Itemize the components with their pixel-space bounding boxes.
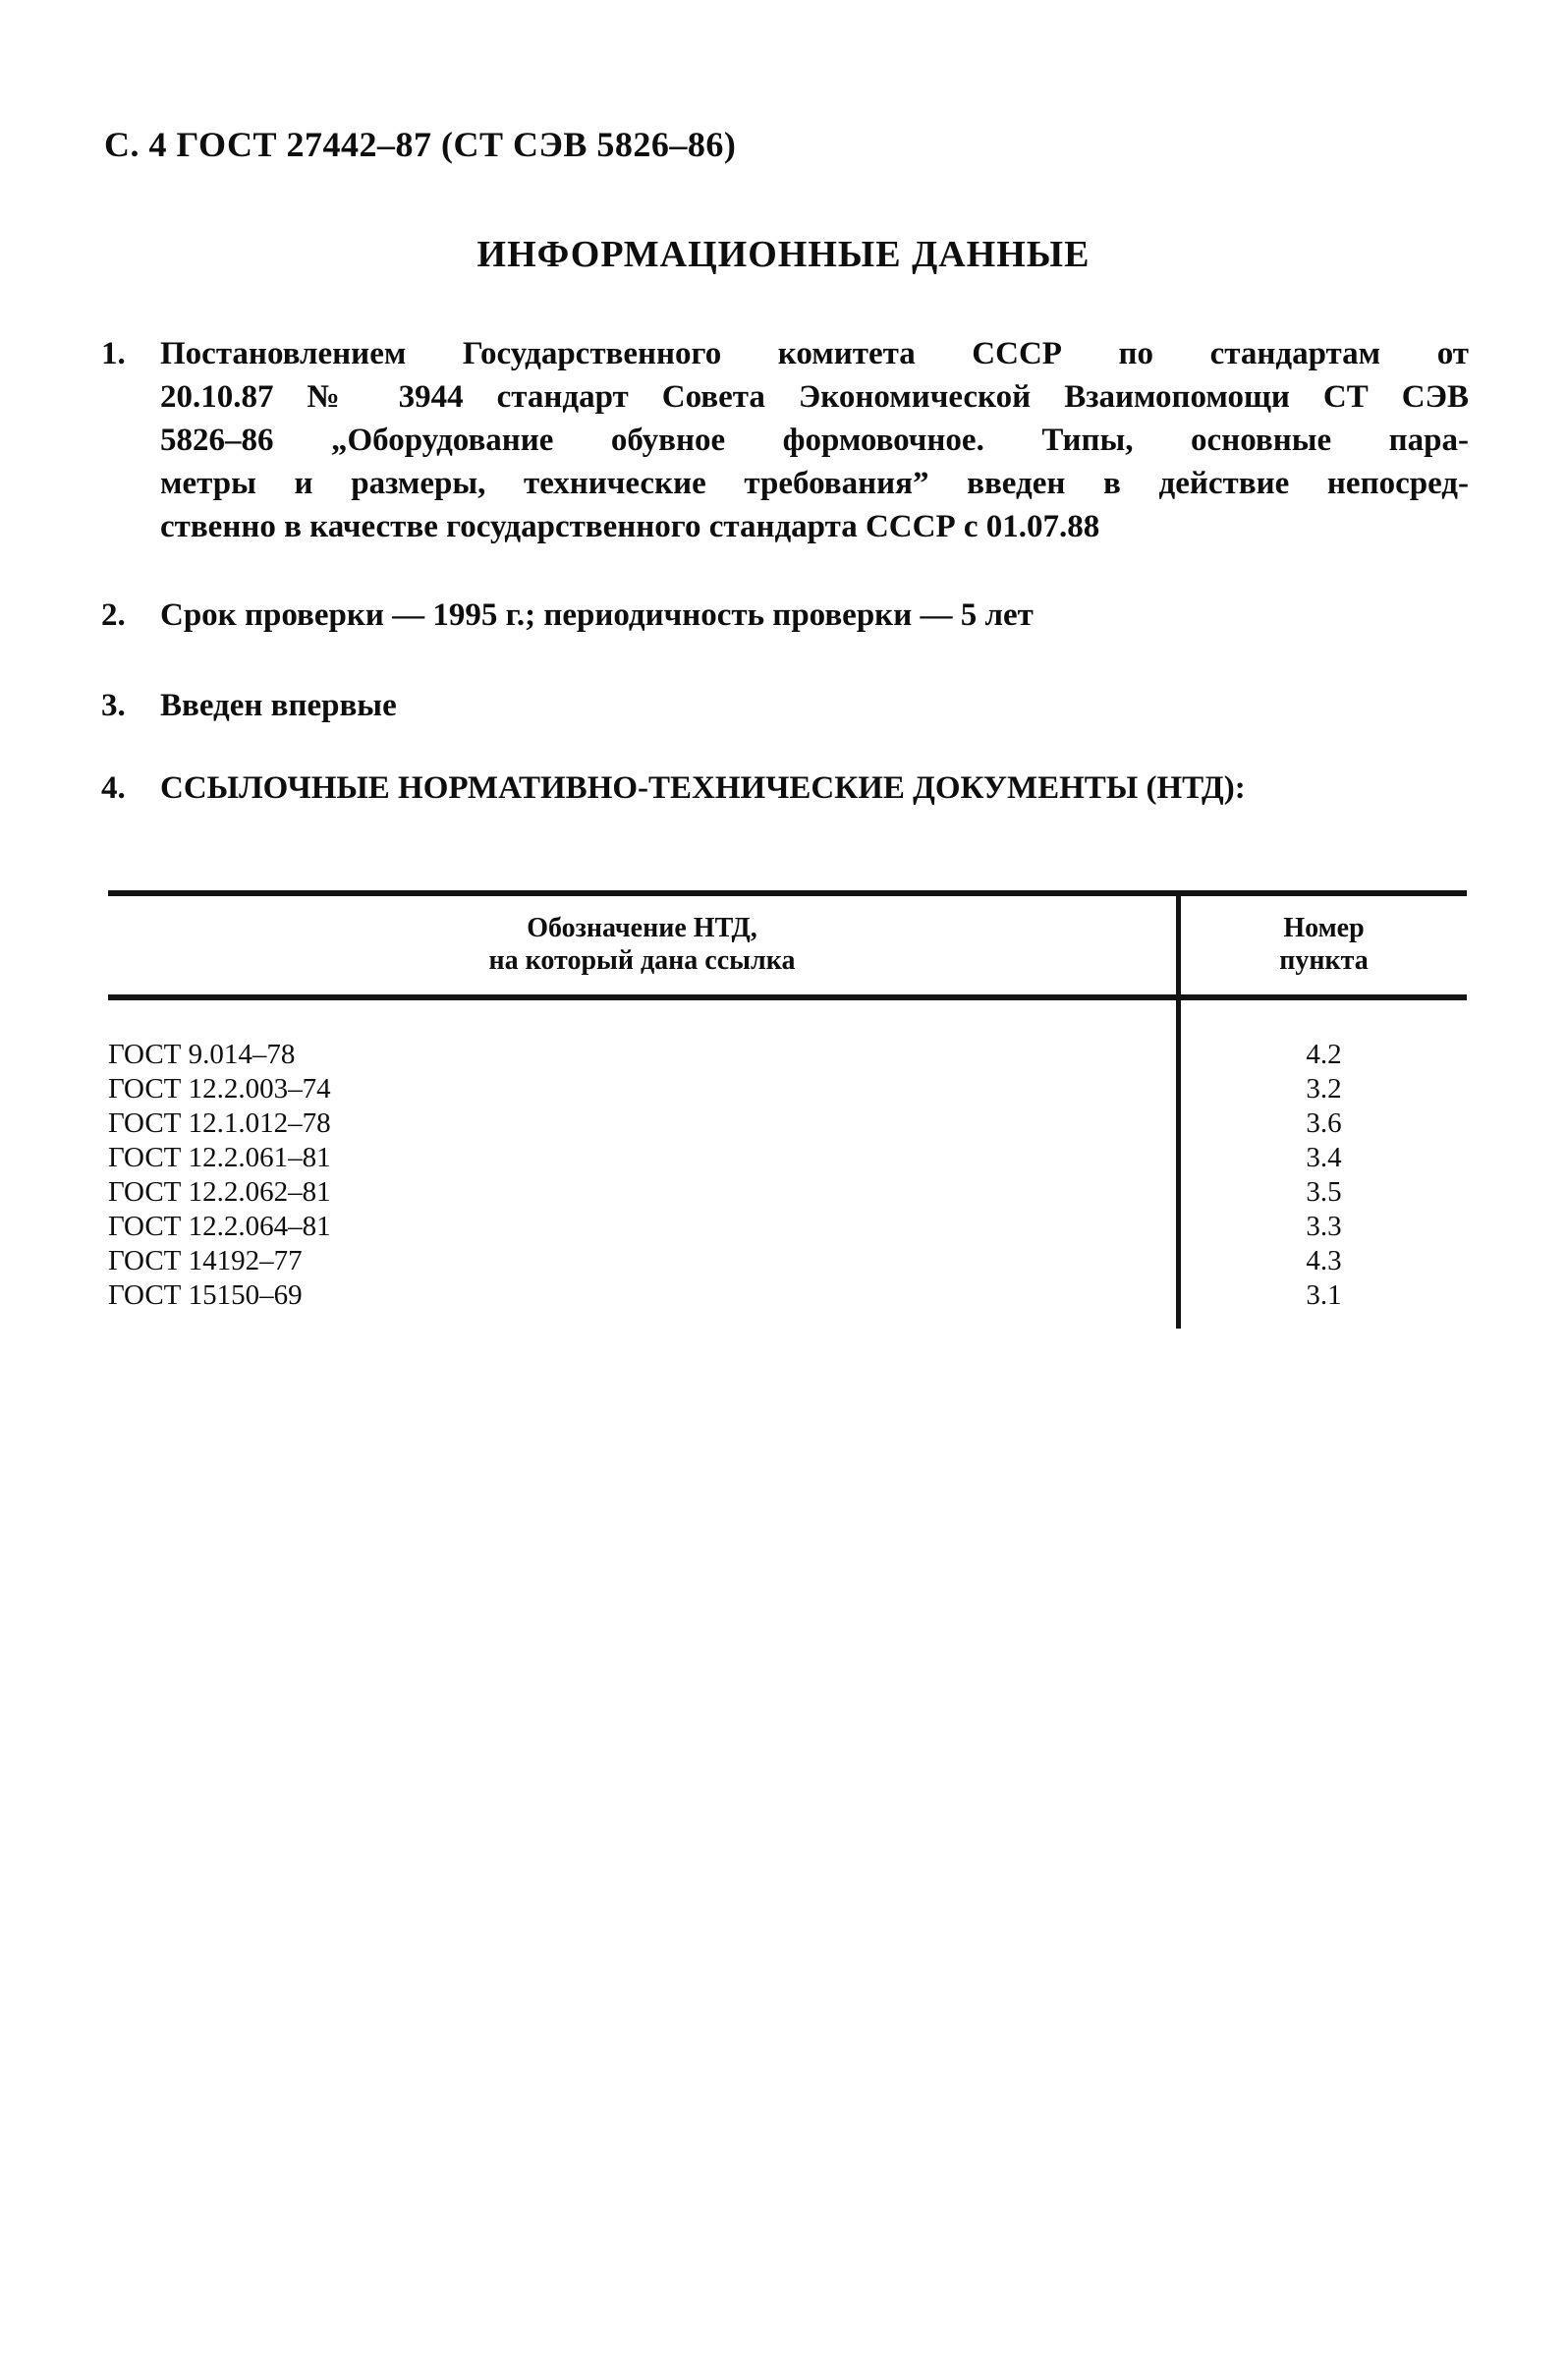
table-header-punkt-line2: пункта [1181,944,1467,977]
table-header-designation-line1: Обозначение НТД, [108,912,1176,944]
cell-punkt: 4.3 [1181,1244,1467,1278]
item-1-number: 1. [101,332,150,375]
cell-doc: ГОСТ 12.2.064–81 [108,1210,1169,1244]
cell-punkt: 3.1 [1181,1278,1467,1313]
item-3-text: Введен впервые [160,684,1469,727]
cell-punkt: 3.6 [1181,1106,1467,1141]
cell-doc: ГОСТ 12.2.003–74 [108,1072,1169,1106]
table-row: ГОСТ 12.2.061–81 3.4 [108,1141,1467,1175]
item-4: 4. ССЫЛОЧНЫЕ НОРМАТИВНО-ТЕХНИЧЕСКИЕ ДОКУ… [101,766,1469,810]
cell-punkt: 3.5 [1181,1175,1467,1210]
cell-doc: ГОСТ 12.2.062–81 [108,1175,1169,1210]
item-3: 3. Введен впервые [101,684,1469,727]
item-1: 1. Постановлением Государственного комит… [101,332,1469,548]
table-row: ГОСТ 12.2.064–81 3.3 [108,1210,1467,1244]
item-1-line: 5826–86 „Оборудование обувное формовочно… [160,419,1469,462]
table-row: ГОСТ 14192–77 4.3 [108,1244,1467,1278]
item-4-number: 4. [101,766,150,810]
item-1-line: 20.10.87 № 3944 стандарт Совета Экономич… [160,375,1469,419]
cell-punkt: 3.4 [1181,1141,1467,1175]
table-top-rule [108,890,1467,896]
item-2: 2. Срок проверки — 1995 г.; периодичност… [101,594,1469,637]
table-header-designation: Обозначение НТД, на который дана ссылка [108,912,1176,977]
table-header-punkt: Номер пункта [1181,912,1467,977]
item-4-text: ССЫЛОЧНЫЕ НОРМАТИВНО-ТЕХНИЧЕСКИЕ ДОКУМЕН… [160,766,1469,810]
cell-punkt: 4.2 [1181,1038,1467,1072]
item-2-number: 2. [101,594,150,637]
cell-doc: ГОСТ 12.1.012–78 [108,1106,1169,1141]
table-header-punkt-line1: Номер [1181,912,1467,944]
running-header: С. 4 ГОСТ 27442–87 (СТ СЭВ 5826–86) [104,124,736,165]
cell-doc: ГОСТ 15150–69 [108,1278,1169,1313]
document-page: С. 4 ГОСТ 27442–87 (СТ СЭВ 5826–86) ИНФО… [0,0,1567,2380]
item-1-line: Постановлением Государственного комитета… [160,332,1469,375]
table-row: ГОСТ 9.014–78 4.2 [108,1038,1467,1072]
cell-doc: ГОСТ 14192–77 [108,1244,1169,1278]
item-2-text: Срок проверки — 1995 г.; периодичность п… [160,594,1469,637]
cell-punkt: 3.3 [1181,1210,1467,1244]
table-header-designation-line2: на который дана ссылка [108,944,1176,977]
table-header-rule [108,994,1467,1000]
cell-doc: ГОСТ 12.2.061–81 [108,1141,1169,1175]
page-title: ИНФОРМАЦИОННЫЕ ДАННЫЕ [0,232,1567,277]
cell-punkt: 3.2 [1181,1072,1467,1106]
ntd-reference-table: Обозначение НТД, на который дана ссылка … [108,890,1467,1342]
table-body: ГОСТ 9.014–78 4.2 ГОСТ 12.2.003–74 3.2 Г… [108,1038,1467,1313]
item-1-line: ственно в качестве государственного стан… [160,505,1469,548]
item-3-number: 3. [101,684,150,727]
item-1-line: метры и размеры, технические требования”… [160,462,1469,505]
table-row: ГОСТ 12.2.003–74 3.2 [108,1072,1467,1106]
table-row: ГОСТ 12.1.012–78 3.6 [108,1106,1467,1141]
cell-doc: ГОСТ 9.014–78 [108,1038,1169,1072]
table-row: ГОСТ 15150–69 3.1 [108,1278,1467,1313]
table-row: ГОСТ 12.2.062–81 3.5 [108,1175,1467,1210]
